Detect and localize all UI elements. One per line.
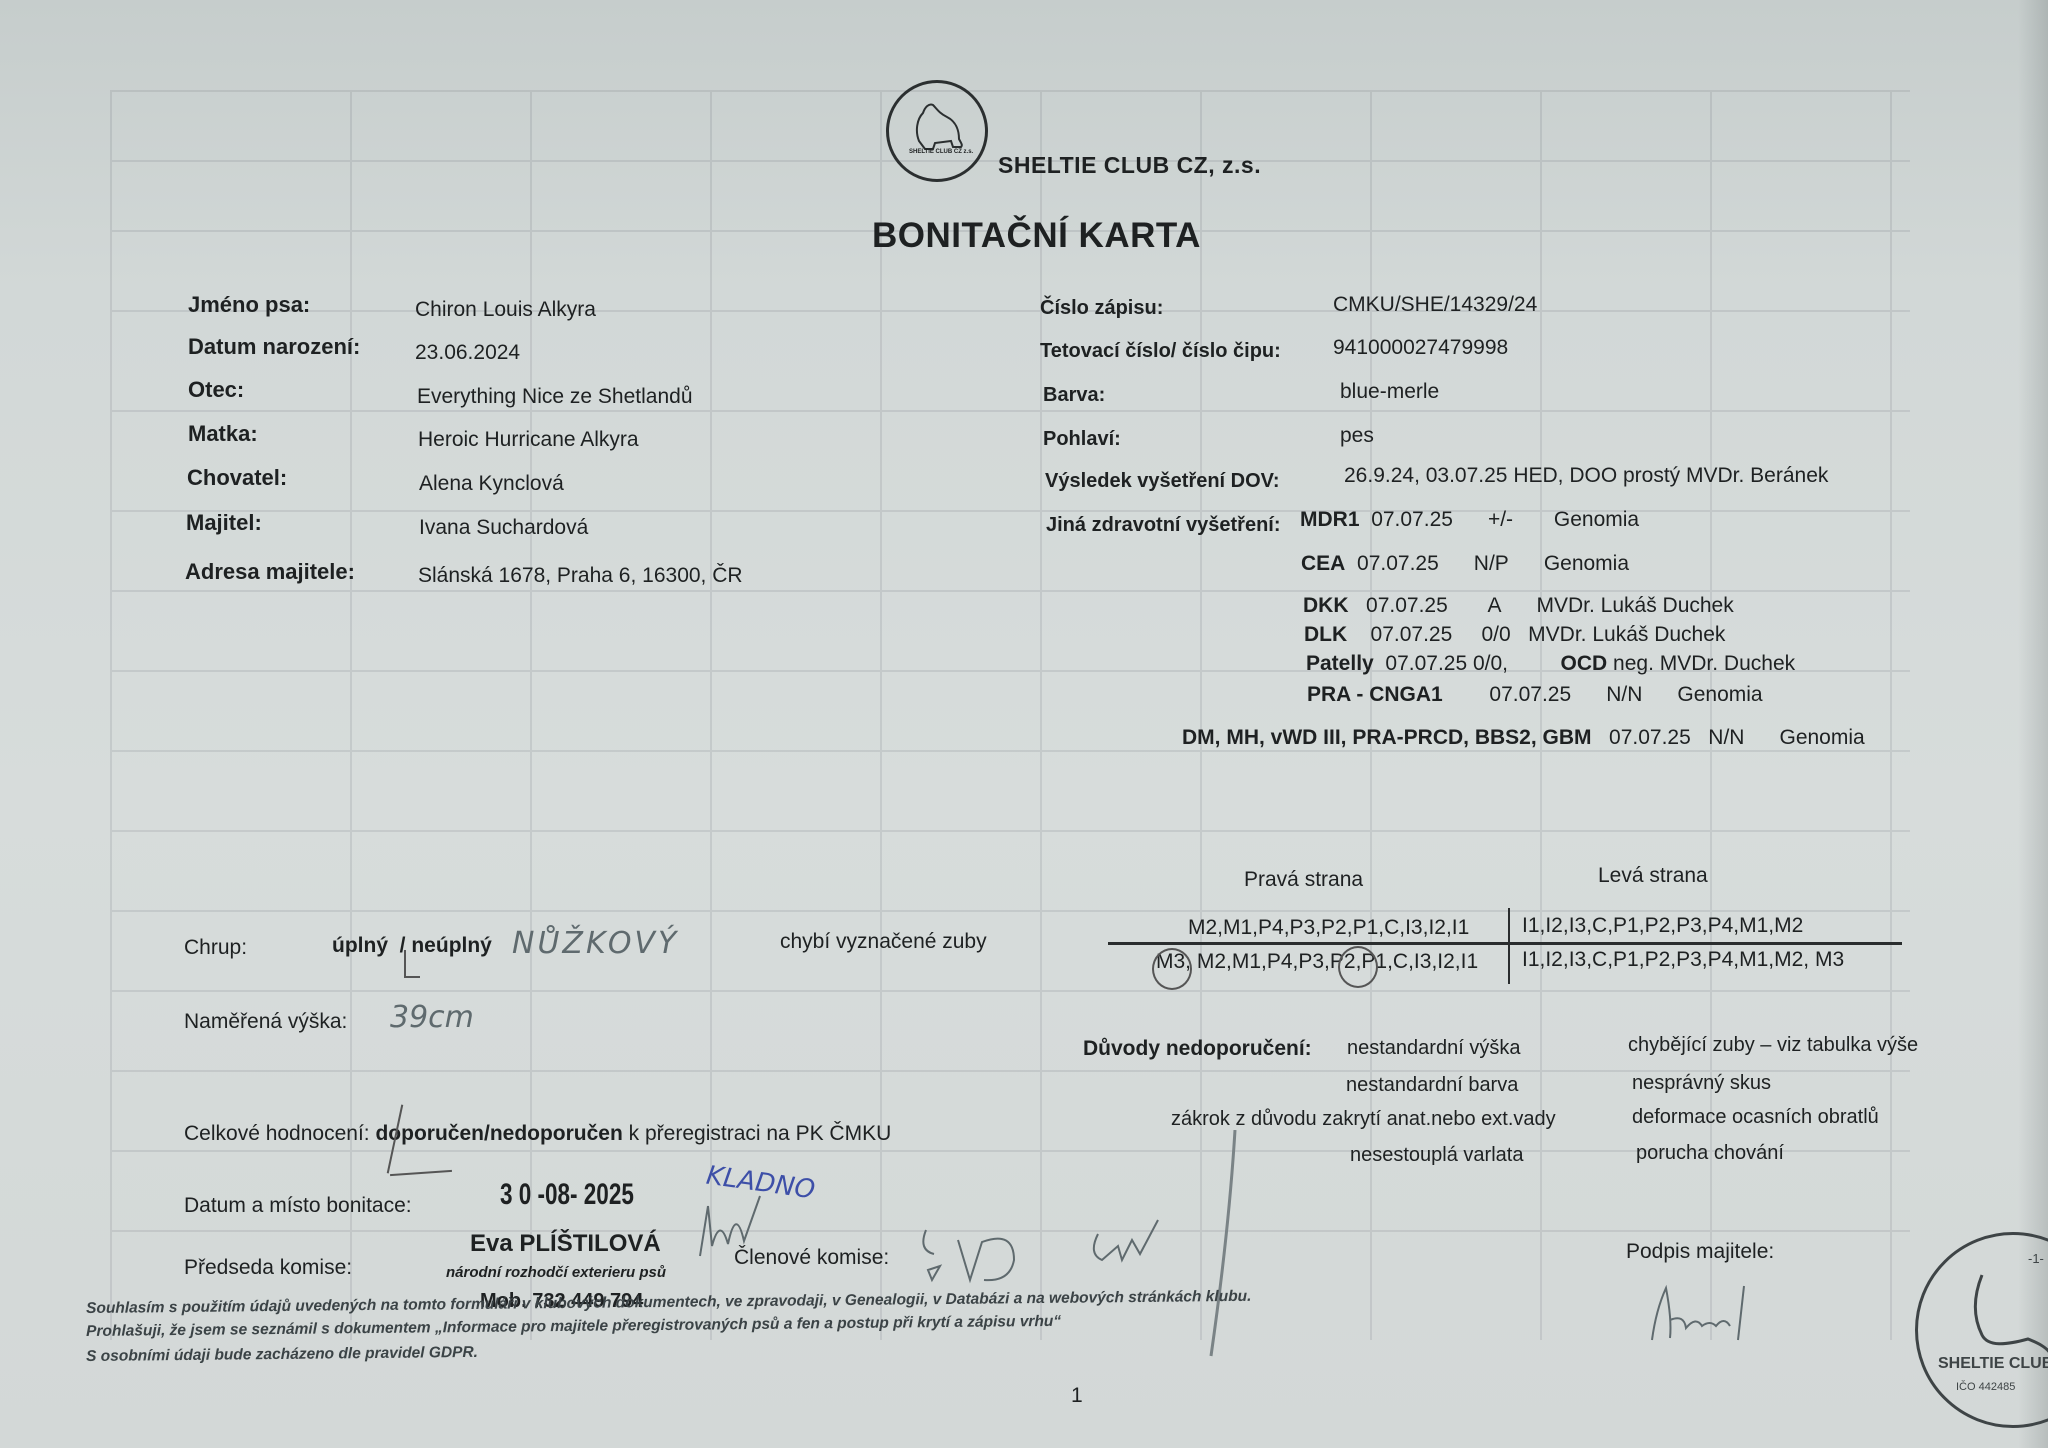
color-label: Barva: [1043, 384, 1105, 407]
teeth-lower-left: I1,I2,I3,C,P1,P2,P3,P4,M1,M2, M3 [1522, 948, 1844, 972]
logo-caption: SHELTIE CLUB CZ z.s. [909, 149, 973, 155]
health-test-row: DM, MH, vWD III, PRA-PRCD, BBS2, GBM 07.… [1182, 726, 1865, 750]
chip-number-value: 941000027479998 [1333, 336, 1508, 360]
health-test-row: DKK 07.07.25 A MVDr. Lukáš Duchek [1303, 594, 1734, 618]
page-number: 1 [1071, 1384, 1083, 1408]
registration-number-label: Číslo zápisu: [1040, 297, 1163, 320]
owner-signature-label: Podpis majitele: [1626, 1240, 1774, 1264]
committee-chair-name: Eva PLÍŠTILOVÁ [470, 1230, 661, 1258]
dog-name-label: Jméno psa: [188, 292, 310, 318]
document-page: SHELTIE CLUB CZ z.s. SHELTIE CLUB CZ, z.… [0, 0, 2048, 1448]
reason-item: chybějící zuby – viz tabulka výše [1628, 1034, 1918, 1057]
sheltie-stamp-icon [1918, 1235, 2048, 1425]
health-test-row: PRA - CNGA1 07.07.25 N/N Genomia [1307, 683, 1763, 707]
reason-item: nesprávný skus [1632, 1072, 1771, 1095]
birth-date-label: Datum narození: [188, 334, 360, 360]
owner-address-label: Adresa majitele: [185, 559, 355, 585]
rejection-reasons-label: Důvody nedoporučení: [1083, 1037, 1312, 1061]
committee-chair-title: národní rozhodčí exterieru psů [446, 1264, 666, 1281]
owner-address-value: Slánská 1678, Praha 6, 16300, ČR [418, 564, 743, 588]
right-side-label: Pravá strana [1244, 868, 1363, 892]
health-test-row: Patelly 07.07.25 0/0, OCD neg. MVDr. Duc… [1306, 652, 1795, 676]
tooth-circle-mark [1338, 946, 1378, 988]
reason-item: nestandardní výška [1347, 1037, 1520, 1060]
health-test-row: MDR1 07.07.25 +/- Genomia [1300, 508, 1639, 532]
reason-item: deformace ocasních obratlů [1632, 1106, 1879, 1129]
signature-stroke [1205, 1130, 1245, 1360]
breeder-label: Chovatel: [187, 465, 287, 491]
owner-label: Majitel: [186, 510, 262, 536]
teeth-upper-right: M2,M1,P4,P3,P2,P1,C,I3,I2,I1 [1188, 916, 1469, 940]
missing-teeth-note: chybí vyznačené zuby [780, 930, 987, 954]
measured-height-handwritten: 39cm [390, 1000, 474, 1035]
measured-height-label: Naměřená výška: [184, 1010, 347, 1034]
dam-label: Matka: [188, 421, 258, 447]
dentition-label: Chrup: [184, 936, 247, 960]
sheltie-logo-icon: SHELTIE CLUB CZ z.s. [886, 80, 988, 182]
chair-signature [690, 1186, 800, 1266]
reason-item: zákrok z důvodu zakrytí anat.nebo ext.va… [1171, 1108, 1556, 1131]
teeth-upper-left: I1,I2,I3,C,P1,P2,P3,P4,M1,M2 [1522, 914, 1803, 938]
birth-date-value: 23.06.2024 [415, 341, 520, 365]
club-name: SHELTIE CLUB CZ, z.s. [998, 152, 1261, 179]
reason-item: nesestouplá varlata [1350, 1144, 1523, 1167]
committee-chair-label: Předseda komise: [184, 1256, 352, 1280]
sex-value: pes [1340, 424, 1374, 448]
sex-label: Pohlaví: [1043, 428, 1121, 451]
dog-name-value: Chiron Louis Alkyra [415, 298, 596, 322]
reason-item: porucha chování [1636, 1142, 1784, 1165]
registration-number-value: CMKU/SHE/14329/24 [1333, 293, 1537, 317]
sire-value: Everything Nice ze Shetlandů [417, 385, 693, 409]
health-test-row: DLK 07.07.25 0/0 MVDr. Lukáš Duchek [1304, 623, 1725, 647]
teeth-divider-horizontal [1108, 942, 1902, 945]
bonitation-date-label: Datum a místo bonitace: [184, 1194, 412, 1218]
evaluation-line: Celkové hodnocení: doporučen/nedoporučen… [184, 1122, 891, 1146]
dam-value: Heroic Hurricane Alkyra [418, 428, 639, 452]
club-stamp: -1- SHELTIE CLUB C IČO 442485 [1915, 1232, 2048, 1428]
page-title: BONITAČNÍ KARTA [872, 216, 1201, 256]
bonitation-date-stamp: 3 0 -08- 2025 [500, 1178, 634, 1212]
chip-number-label: Tetovací číslo/ číslo čipu: [1040, 340, 1281, 363]
stamp-text: SHELTIE CLUB C [1938, 1355, 2048, 1373]
left-side-label: Levá strana [1598, 864, 1708, 888]
dov-result-label: Výsledek vyšetření DOV: [1045, 470, 1280, 493]
tooth-circle-mark [1152, 948, 1192, 990]
handwritten-mark [404, 950, 420, 978]
color-value: blue-merle [1340, 380, 1439, 404]
health-test-row: CEA 07.07.25 N/P Genomia [1301, 552, 1629, 576]
dentition-handwritten-note: NŮŽKOVÝ [512, 926, 679, 961]
stamp-number: -1- [2028, 1251, 2044, 1266]
disclaimer-line: S osobními údaji bude zacházeno dle prav… [86, 1344, 478, 1366]
other-health-tests-label: Jiná zdravotní vyšetření: [1046, 514, 1281, 537]
owner-value: Ivana Suchardová [419, 516, 588, 540]
teeth-lower-right: M3, M2,M1,P4,P3,P2,P1,C,I3,I2,I1 [1156, 950, 1478, 974]
dov-result-value: 26.9.24, 03.07.25 HED, DOO prostý MVDr. … [1344, 464, 1828, 488]
reason-item: nestandardní barva [1346, 1074, 1518, 1097]
teeth-divider-vertical [1508, 908, 1510, 984]
breeder-value: Alena Kynclová [419, 472, 564, 496]
owner-signature [1640, 1280, 1760, 1350]
sire-label: Otec: [188, 377, 244, 403]
stamp-sub: IČO 442485 [1956, 1381, 2015, 1393]
committee-members-signature [918, 1210, 1188, 1290]
